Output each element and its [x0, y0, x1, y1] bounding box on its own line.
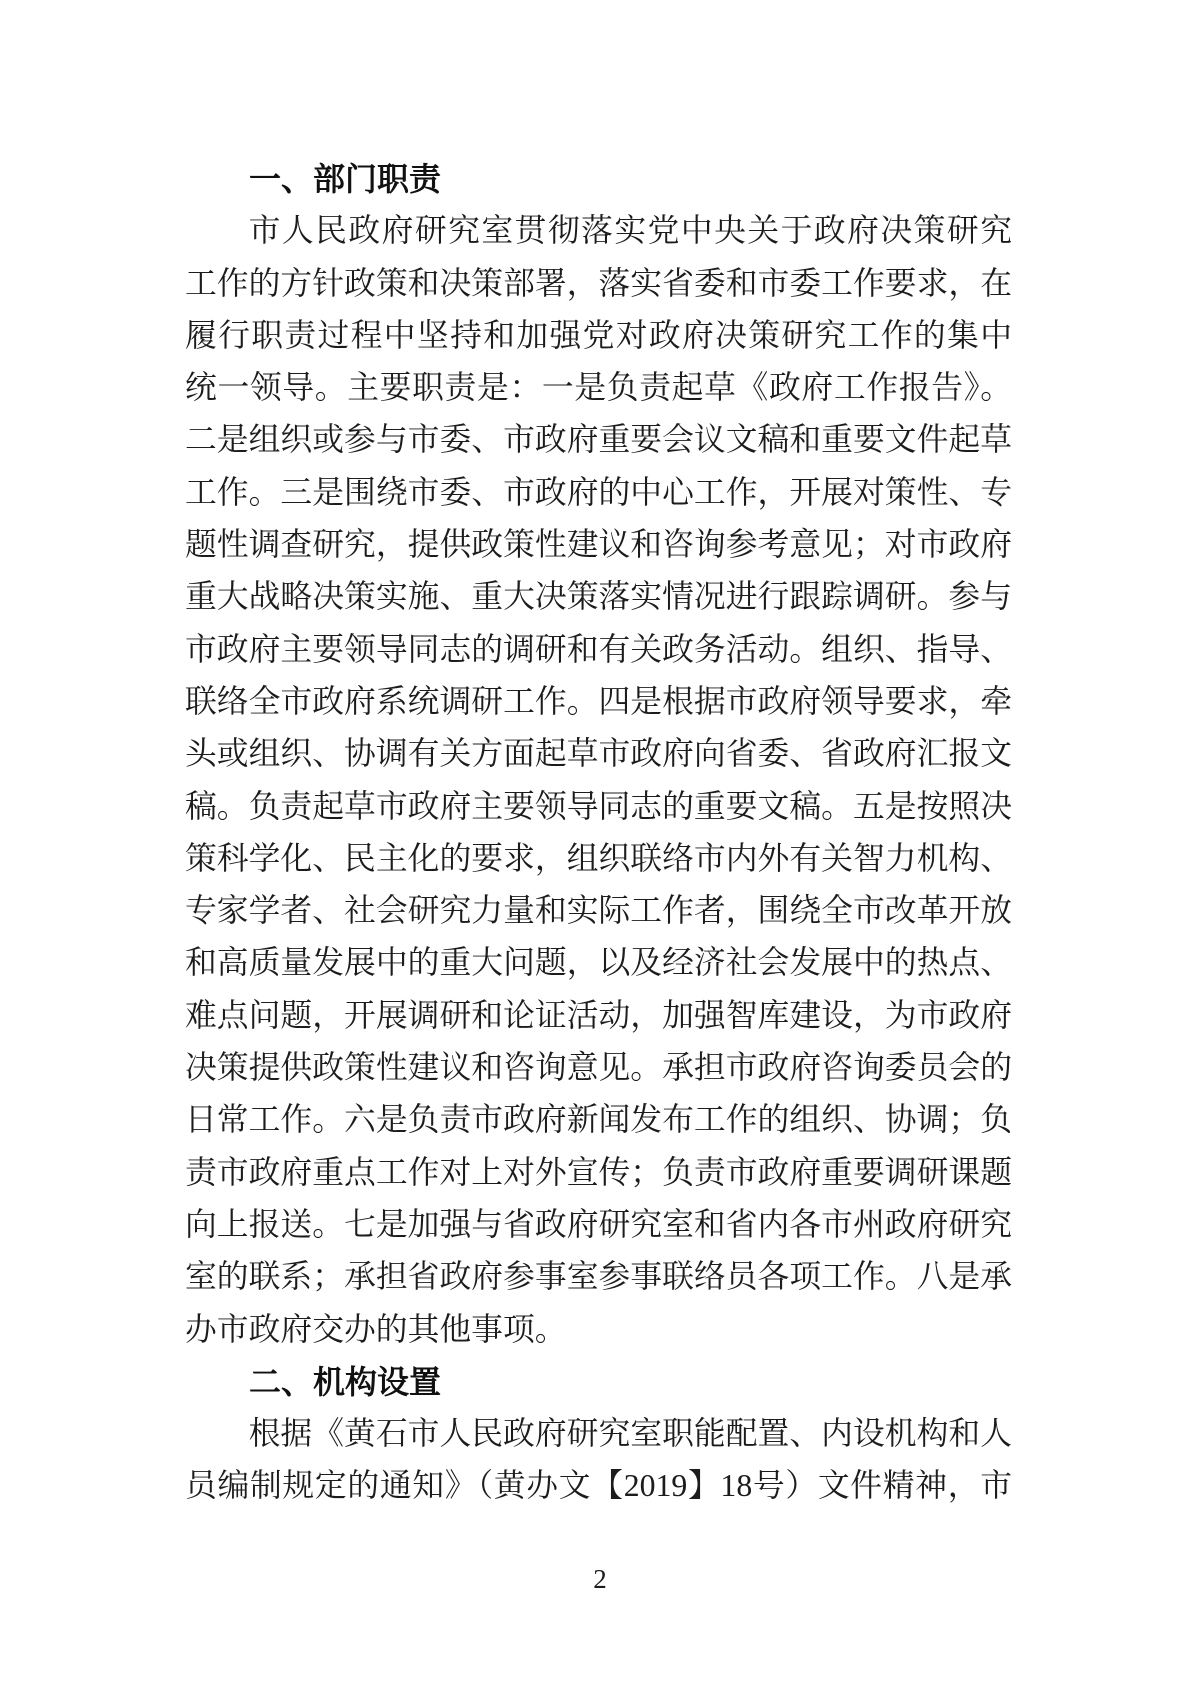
paragraph-line: 二是组织或参与市委、市政府重要会议文稿和重要文件起草 — [185, 414, 1012, 466]
page-number: 2 — [0, 1562, 1200, 1596]
section-heading-department-duties: 一、部门职责 — [185, 153, 1012, 205]
paragraph-line: 题性调查研究，提供政策性建议和咨询参考意见；对市政府 — [185, 519, 1012, 571]
paragraph-line: 责市政府重点工作对上对外宣传；负责市政府重要调研课题 — [185, 1147, 1012, 1199]
paragraph-line: 员编制规定的通知》（黄办文【2019】18号）文件精神，市 — [185, 1460, 1012, 1512]
paragraph-line: 室的联系；承担省政府参事室参事联络员各项工作。八是承 — [185, 1251, 1012, 1303]
paragraph-line: 决策提供政策性建议和咨询意见。承担市政府咨询委员会的 — [185, 1042, 1012, 1094]
section-heading-organization-setup: 二、机构设置 — [185, 1356, 1012, 1408]
paragraph-line: 履行职责过程中坚持和加强党对政府决策研究工作的集中 — [185, 310, 1012, 362]
section-paragraph-department-duties: 市人民政府研究室贯彻落实党中央关于政府决策研究工作的方针政策和决策部署，落实省委… — [185, 205, 1012, 1356]
paragraph-line: 日常工作。六是负责市政府新闻发布工作的组织、协调；负 — [185, 1094, 1012, 1146]
paragraph-line: 和高质量发展中的重大问题，以及经济社会发展中的热点、 — [185, 937, 1012, 989]
paragraph-line: 工作。三是围绕市委、市政府的中心工作，开展对策性、专 — [185, 467, 1012, 519]
paragraph-line: 重大战略决策实施、重大决策落实情况进行跟踪调研。参与 — [185, 571, 1012, 623]
paragraph-line: 市人民政府研究室贯彻落实党中央关于政府决策研究 — [185, 205, 1012, 257]
paragraph-line: 市政府主要领导同志的调研和有关政务活动。组织、指导、 — [185, 624, 1012, 676]
paragraph-line: 根据《黄石市人民政府研究室职能配置、内设机构和人 — [185, 1408, 1012, 1460]
paragraph-line: 策科学化、民主化的要求，组织联络市内外有关智力机构、 — [185, 833, 1012, 885]
paragraph-line: 头或组织、协调有关方面起草市政府向省委、省政府汇报文 — [185, 728, 1012, 780]
paragraph-line: 办市政府交办的其他事项。 — [185, 1304, 1012, 1356]
document-page: 一、部门职责 市人民政府研究室贯彻落实党中央关于政府决策研究工作的方针政策和决策… — [0, 0, 1200, 1696]
section-paragraph-organization-setup: 根据《黄石市人民政府研究室职能配置、内设机构和人员编制规定的通知》（黄办文【20… — [185, 1408, 1012, 1513]
paragraph-line: 工作的方针政策和决策部署，落实省委和市委工作要求，在 — [185, 258, 1012, 310]
paragraph-line: 向上报送。七是加强与省政府研究室和省内各市州政府研究 — [185, 1199, 1012, 1251]
paragraph-line: 难点问题，开展调研和论证活动，加强智库建设，为市政府 — [185, 990, 1012, 1042]
document-body: 一、部门职责 市人民政府研究室贯彻落实党中央关于政府决策研究工作的方针政策和决策… — [185, 153, 1012, 1513]
paragraph-line: 专家学者、社会研究力量和实际工作者，围绕全市改革开放 — [185, 885, 1012, 937]
paragraph-line: 联络全市政府系统调研工作。四是根据市政府领导要求，牵 — [185, 676, 1012, 728]
paragraph-line: 统一领导。主要职责是：一是负责起草《政府工作报告》。 — [185, 362, 1012, 414]
paragraph-line: 稿。负责起草市政府主要领导同志的重要文稿。五是按照决 — [185, 781, 1012, 833]
